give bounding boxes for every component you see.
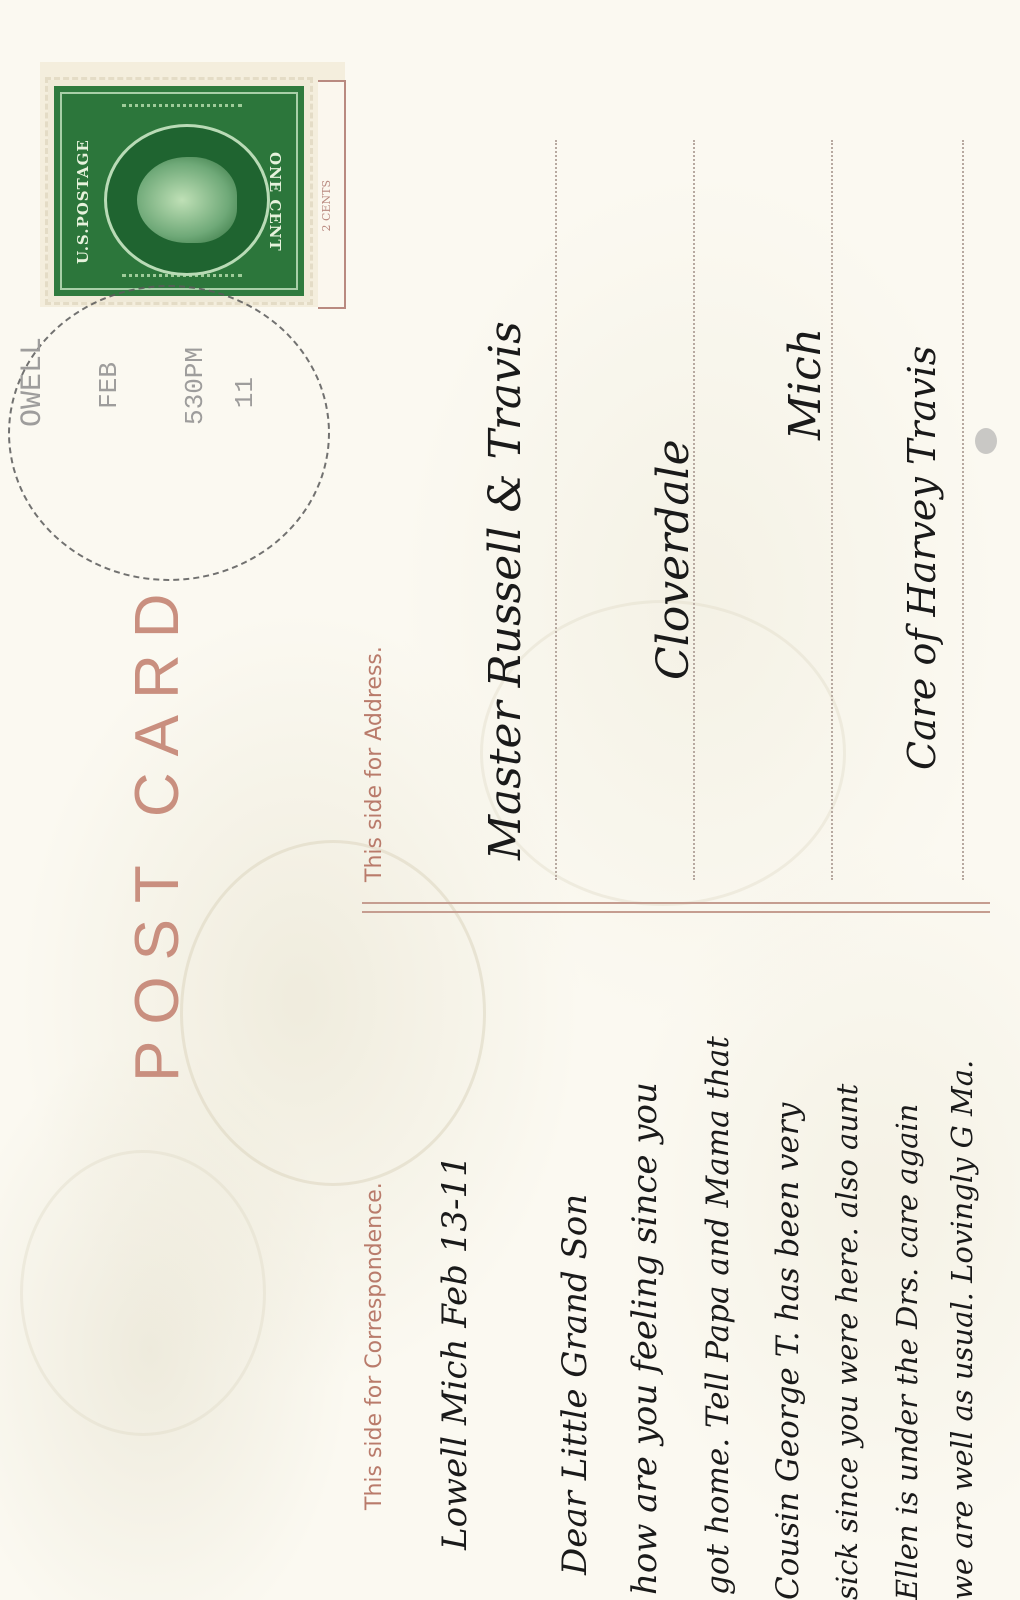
postmark-time: 530PM <box>180 347 210 425</box>
section-divider <box>362 911 990 913</box>
address-recipient: Master Russell & Travis <box>480 160 531 860</box>
postmark-city: OWELL <box>16 337 50 427</box>
address-line <box>831 140 833 880</box>
message-line: Dear Little Grand Son <box>555 925 595 1575</box>
embossed-pattern <box>20 1150 266 1436</box>
message-line: we are well as usual. Lovingly G Ma. <box>945 915 979 1600</box>
message-line: got home. Tell Papa and Mama that <box>700 905 736 1595</box>
stamp-postage-text: U.S.POSTAGE <box>74 112 92 292</box>
message-line: Lowell Mich Feb 13-11 <box>435 1080 475 1550</box>
stamp-frame: U.S.POSTAGE ONE CENT <box>60 92 298 290</box>
address-line <box>555 140 557 880</box>
postmark-month: FEB <box>94 362 124 409</box>
address-state: Mich <box>780 300 831 440</box>
address-town: Cloverdale <box>648 400 699 680</box>
message-line: how are you feeling since you <box>625 915 665 1595</box>
correspondence-side-label: This side for Correspondence. <box>362 1080 387 1510</box>
message-line: Ellen is under the Drs. care again <box>890 915 924 1600</box>
laurel-icon <box>122 104 242 117</box>
address-line <box>962 140 964 880</box>
postage-stamp: U.S.POSTAGE ONE CENT <box>48 80 310 302</box>
section-divider <box>362 902 990 904</box>
ink-smudge <box>975 428 997 454</box>
post-card-title: POST CARD <box>122 520 192 1140</box>
message-line: sick since you were here. also aunt <box>830 905 864 1600</box>
portrait-icon <box>137 157 237 243</box>
stamp-box-text: 2 CENTS <box>320 180 340 231</box>
postmark-year: 11 <box>230 377 260 408</box>
address-care-of: Care of Harvey Travis <box>900 270 944 770</box>
address-side-label: This side for Address. <box>362 572 387 882</box>
postcard-back: 2 CENTS U.S.POSTAGE ONE CENT OWELL FEB 5… <box>0 0 1020 1600</box>
portrait-medallion <box>104 124 270 276</box>
message-line: Cousin George T. has been very <box>770 930 806 1600</box>
